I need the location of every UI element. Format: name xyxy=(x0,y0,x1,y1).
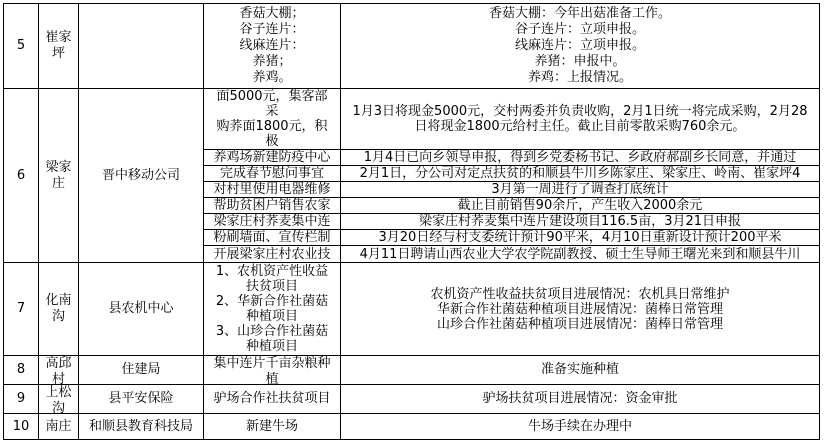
cell-organization: 和顺县教育科技局 xyxy=(79,414,204,439)
cell-project: 新建牛场 xyxy=(204,414,341,439)
cell-row-number: 9 xyxy=(4,385,39,413)
cell-progress: 截止目前销售90余斤，产生收入2000余元 xyxy=(341,198,819,213)
cell-village: 梁家 庄 xyxy=(39,89,79,262)
cell-progress: 1月3日将现金5000元，交村两委并负责收购，2月1日统一将完成采购，2月28 … xyxy=(341,89,819,149)
cell-organization xyxy=(79,4,204,88)
cell-organization: 县农机中心 xyxy=(79,263,204,355)
cell-row-number: 10 xyxy=(4,414,39,439)
cell-progress: 3月20日经与村支委统计预计90平米，4月10日重新设计预计200平米 xyxy=(341,230,819,245)
sub-row: 粉刷墙面、宣传栏制 3月20日经与村支委统计预计90平米，4月10日重新设计预计… xyxy=(204,230,819,246)
cell-progress: 准备实施种植 xyxy=(341,356,819,384)
cell-project: 梁家庄村荞麦集中连 xyxy=(204,214,341,229)
cell-organization: 住建局 xyxy=(79,356,204,384)
cell-project: 1、农机资产性收益 扶贫项目 2、华新合作社菌菇 种植项目 3、山珍合作社菌菇 … xyxy=(204,263,341,355)
cell-progress: 牛场手续在办理中 xyxy=(341,414,819,439)
cell-organization: 县平安保险 xyxy=(79,385,204,413)
table-row: 5 崔家 坪 香菇大棚； 谷子连片： 线麻连片： 养猪； 养鸡。 香菇大棚：今年… xyxy=(4,4,819,89)
cell-progress: 香菇大棚：今年出菇准备工作。 谷子连片：立项申报。 线麻连片：立项申报。 养猪：… xyxy=(341,4,819,88)
cell-row-number: 8 xyxy=(4,356,39,384)
cell-progress: 2月1日，分公司对定点扶贫的和顺县牛川乡陈家庄、梁家庄、岭南、崔家坪4 xyxy=(341,166,819,181)
cell-village: 高邱 村 xyxy=(39,356,79,384)
sub-row: 完成春节慰问事宜 2月1日，分公司对定点扶贫的和顺县牛川乡陈家庄、梁家庄、岭南、… xyxy=(204,166,819,182)
cell-project: 帮助贫困户销售农家 xyxy=(204,198,341,213)
document-page: 5 崔家 坪 香菇大棚； 谷子连片： 线麻连片： 养猪； 养鸡。 香菇大棚：今年… xyxy=(0,0,827,442)
cell-organization: 晋中移动公司 xyxy=(79,89,204,262)
cell-project: 粉刷墙面、宣传栏制 xyxy=(204,230,341,245)
cell-project: 完成春节慰问事宜 xyxy=(204,166,341,181)
poverty-relief-progress-table: 5 崔家 坪 香菇大棚； 谷子连片： 线麻连片： 养猪； 养鸡。 香菇大棚：今年… xyxy=(3,3,820,440)
cell-project: 香菇大棚； 谷子连片： 线麻连片： 养猪； 养鸡。 xyxy=(204,4,341,88)
sub-row: 帮助贫困户销售农家 截止目前销售90余斤，产生收入2000余元 xyxy=(204,198,819,214)
cell-progress: 3月第一周进行了调查打底统计 xyxy=(341,182,819,197)
cell-progress: 驴场扶贫项目进展情况：资金审批 xyxy=(341,385,819,413)
cell-progress: 梁家庄村荞麦集中连片建设项目116.5亩，3月21日申报 xyxy=(341,214,819,229)
cell-row-number: 6 xyxy=(4,89,39,262)
cell-project: 驴场合作社扶贫项目 xyxy=(204,385,341,413)
row6-sub-rows: 购买贫困户小杂粮荞 面5000元，集客部采 购荞面1800元，积极 零散代购销售… xyxy=(204,89,819,262)
cell-project: 对村里使用电器维修 xyxy=(204,182,341,197)
sub-row: 开展梁家庄村农业技 4月11日聘请山西农业大学农学院副教授、硕士生导师王曙光来到… xyxy=(204,246,819,262)
cell-project: 养鸡场新建防疫中心 xyxy=(204,150,341,165)
cell-village: 上松 沟 xyxy=(39,385,79,413)
sub-row: 购买贫困户小杂粮荞 面5000元，集客部采 购荞面1800元，积极 零散代购销售… xyxy=(204,89,819,150)
cell-progress: 4月11日聘请山西农业大学农学院副教授、硕士生导师王曙光来到和顺县牛川 xyxy=(341,246,819,262)
table-row: 7 化南 沟 县农机中心 1、农机资产性收益 扶贫项目 2、华新合作社菌菇 种植… xyxy=(4,263,819,356)
cell-project: 开展梁家庄村农业技 xyxy=(204,246,341,262)
cell-progress: 1月4日已向乡领导申报，得到乡党委杨书记、乡政府郝副乡长同意，并通过 xyxy=(341,150,819,165)
sub-row: 养鸡场新建防疫中心 1月4日已向乡领导申报，得到乡党委杨书记、乡政府郝副乡长同意… xyxy=(204,150,819,166)
table-row: 6 梁家 庄 晋中移动公司 购买贫困户小杂粮荞 面5000元，集客部采 购荞面1… xyxy=(4,89,819,263)
cell-village: 化南 沟 xyxy=(39,263,79,355)
table-row: 10 南庄 和顺县教育科技局 新建牛场 牛场手续在办理中 xyxy=(4,414,819,439)
sub-row: 对村里使用电器维修 3月第一周进行了调查打底统计 xyxy=(204,182,819,198)
cell-row-number: 5 xyxy=(4,4,39,88)
sub-row: 梁家庄村荞麦集中连 梁家庄村荞麦集中连片建设项目116.5亩，3月21日申报 xyxy=(204,214,819,230)
table-row: 8 高邱 村 住建局 集中连片千亩杂粮种 植 准备实施种植 xyxy=(4,356,819,385)
cell-village: 南庄 xyxy=(39,414,79,439)
cell-project: 购买贫困户小杂粮荞 面5000元，集客部采 购荞面1800元，积极 零散代购销售… xyxy=(204,89,341,149)
cell-progress: 农机资产性收益扶贫项目进展情况：农机具日常维护 华新合作社菌菇种植项目进展情况：… xyxy=(341,263,819,355)
cell-project: 集中连片千亩杂粮种 植 xyxy=(204,356,341,384)
table-row: 9 上松 沟 县平安保险 驴场合作社扶贫项目 驴场扶贫项目进展情况：资金审批 xyxy=(4,385,819,414)
cell-village: 崔家 坪 xyxy=(39,4,79,88)
cell-row-number: 7 xyxy=(4,263,39,355)
